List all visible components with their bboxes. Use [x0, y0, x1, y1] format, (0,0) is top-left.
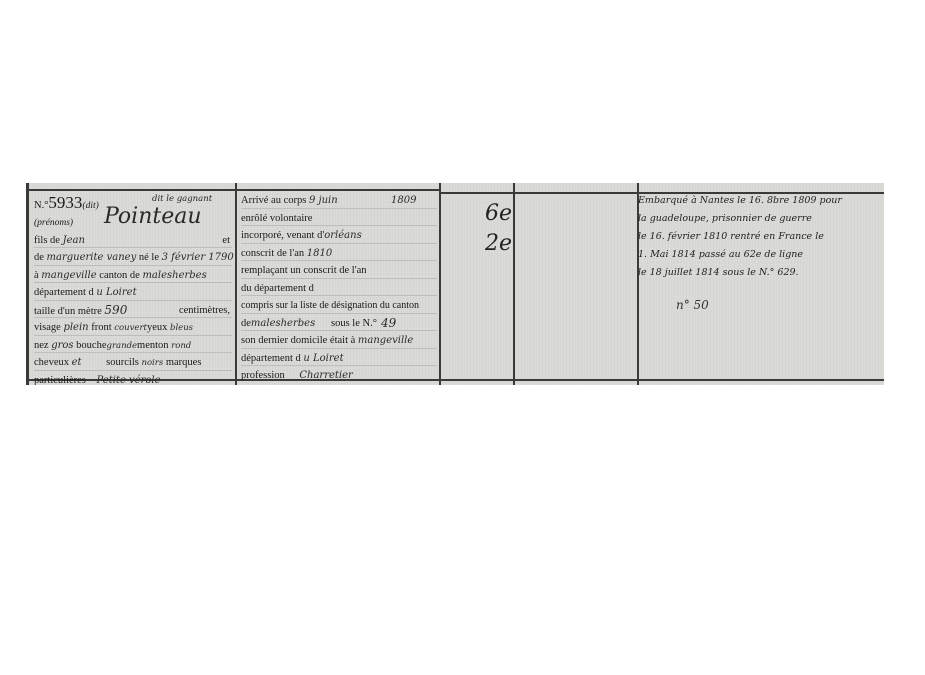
eyes-label: yeux — [147, 322, 167, 333]
birth-canton: malesherbes — [142, 270, 206, 281]
marks-value: Petite vérole — [97, 375, 161, 386]
hair-label: cheveux — [34, 357, 69, 368]
register-scan: N.°5933(dit) dit le gagnant (prénoms) Po… — [26, 183, 884, 385]
birth-place: mangeville — [41, 270, 96, 281]
number-label: N.° — [34, 200, 48, 211]
column-divider — [235, 183, 237, 385]
place-prefix: à — [34, 270, 39, 281]
eyebrows-value: noirs — [141, 358, 163, 368]
identity-column: N.°5933(dit) dit le gagnant (prénoms) Po… — [34, 192, 232, 385]
marks-label-2: particulières — [34, 375, 86, 386]
company-number: 2e — [466, 231, 531, 256]
soldier-number: 5933 — [48, 193, 82, 212]
arrived-date: 9 juin — [309, 195, 338, 206]
domicile-label: son dernier domicile était à — [241, 335, 355, 346]
top-rule — [26, 189, 439, 191]
domicile-value: mangeville — [358, 335, 413, 346]
surname: Pointeau — [104, 204, 202, 229]
note-line: Embarqué à Nantes le 16. 8bre 1809 pour — [638, 192, 878, 210]
list-canton: malesherbes — [251, 318, 315, 329]
birth-date: 3 février 1790 — [162, 252, 234, 263]
nickname-marker: (dit) — [82, 201, 98, 211]
profession-label: profession — [241, 370, 285, 381]
eyes-value: bleus — [170, 323, 193, 333]
father-name: Jean — [63, 235, 85, 246]
born-label: né le — [139, 252, 159, 263]
note-line: 1. Mai 1814 passé au 62e de ligne — [638, 246, 878, 264]
note-line: la guadeloupe, prisonnier de guerre — [638, 210, 878, 228]
forehead-value: couvert — [114, 323, 147, 333]
mother-name: marguerite vaney — [47, 252, 137, 263]
height-label: taille d'un mètre — [34, 306, 102, 317]
replacing-dept-label: du département d — [241, 283, 314, 294]
nose-value: gros — [51, 340, 73, 351]
chin-label: menton — [137, 340, 169, 351]
nose-label: nez — [34, 340, 49, 351]
note-line: le 18 juillet 1814 sous le N.° 629. — [638, 264, 878, 282]
conscript-label: conscrit de l'an — [241, 248, 304, 259]
forehead-label: front — [91, 322, 111, 333]
canton-label: canton de — [99, 270, 140, 281]
father-label: fils de — [34, 235, 60, 246]
incorporated-from: orléans — [324, 230, 361, 241]
profession-value: Charretier — [299, 370, 352, 381]
enlistment-column: Arrivé au corps 9 juin 1809 enrôlé volon… — [241, 192, 437, 385]
list-canton-prefix: de — [241, 318, 251, 329]
note-line: le 16. février 1810 rentré en France le — [638, 228, 878, 246]
conscript-year: 1810 — [307, 248, 332, 259]
mother-prefix: de — [34, 252, 44, 263]
prenoms-label: (prénoms) — [34, 218, 73, 228]
domicile-department: u Loiret — [303, 353, 343, 364]
face-label: visage — [34, 322, 61, 333]
incorporated-label: incorporé, venant d' — [241, 230, 324, 241]
list-label: compris sur la liste de désignation du c… — [241, 300, 419, 311]
eyebrows-label: sourcils — [106, 357, 139, 368]
department-label: département d — [34, 287, 94, 298]
chin-value: rond — [171, 341, 191, 351]
mouth-label: bouche — [76, 340, 106, 351]
arrived-label: Arrivé au corps — [241, 195, 306, 206]
service-notes: Embarqué à Nantes le 16. 8bre 1809 pour … — [638, 192, 878, 282]
column-divider — [439, 183, 441, 385]
face-value: plein — [63, 322, 88, 333]
domicile-department-label: département d — [241, 353, 301, 364]
marks-label: marques — [166, 357, 202, 368]
height-value: 590 — [104, 303, 127, 317]
volunteer-label: enrôlé volontaire — [241, 213, 312, 224]
reference-number: n° 50 — [676, 298, 709, 312]
replacing-label: remplaçant un conscrit de l'an — [241, 265, 367, 276]
battalion-number: 6e — [466, 201, 531, 226]
hair-value: et — [72, 357, 82, 368]
mouth-value: grande — [107, 341, 138, 351]
border-left — [26, 183, 29, 385]
birth-department: u Loiret — [96, 287, 136, 298]
